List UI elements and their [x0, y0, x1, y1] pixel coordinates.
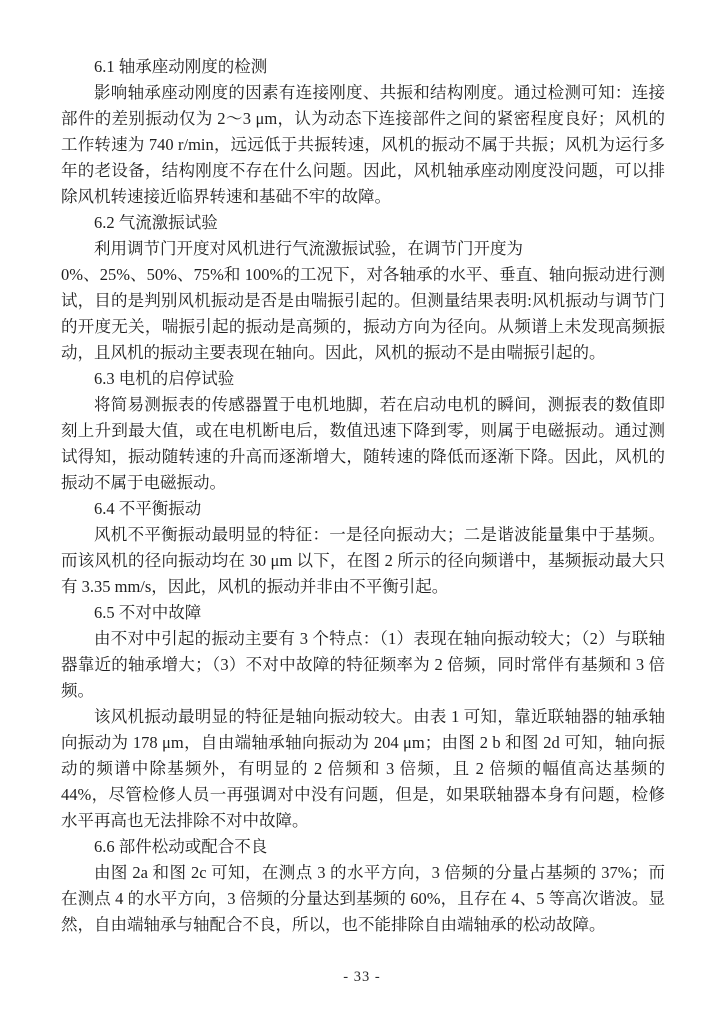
section-heading-6-5: 6.5 不对中故障: [61, 600, 665, 626]
section-heading-6-2: 6.2 气流激振试验: [61, 210, 665, 236]
page-number: - 33 -: [0, 966, 724, 988]
section-6-5-paragraph-2: 该风机振动最明显的特征是轴向振动较大。由表 1 可知，靠近联轴器的轴承轴向振动为…: [61, 704, 665, 834]
section-6-4-paragraph: 风机不平衡振动最明显的特征：一是径向振动大；二是谐波能量集中于基频。而该风机的径…: [61, 522, 665, 600]
section-heading-6-6: 6.6 部件松动或配合不良: [61, 834, 665, 860]
section-6-1-paragraph: 影响轴承座动刚度的因素有连接刚度、共振和结构刚度。通过检测可知：连接部件的差别振…: [61, 80, 665, 210]
section-6-2-paragraph-line-1: 利用调节门开度对风机进行气流激振试验，在调节门开度为: [61, 236, 665, 262]
section-6-6-paragraph: 由图 2a 和图 2c 可知，在测点 3 的水平方向，3 倍频的分量占基频的 3…: [61, 860, 665, 938]
section-heading-6-3: 6.3 电机的启停试验: [61, 366, 665, 392]
section-6-2-paragraph-continued: 0%、25%、50%、75%和 100%的工况下，对各轴承的水平、垂直、轴向振动…: [61, 262, 665, 366]
section-heading-6-1: 6.1 轴承座动刚度的检测: [61, 54, 665, 80]
document-body: 6.1 轴承座动刚度的检测 影响轴承座动刚度的因素有连接刚度、共振和结构刚度。通…: [61, 54, 665, 938]
section-heading-6-4: 6.4 不平衡振动: [61, 496, 665, 522]
section-6-3-paragraph: 将简易测振表的传感器置于电机地脚，若在启动电机的瞬间，测振表的数值即刻上升到最大…: [61, 392, 665, 496]
section-6-5-paragraph-1: 由不对中引起的振动主要有 3 个特点：（1）表现在轴向振动较大；（2）与联轴器靠…: [61, 626, 665, 704]
document-page: 6.1 轴承座动刚度的检测 影响轴承座动刚度的因素有连接刚度、共振和结构刚度。通…: [0, 0, 724, 1024]
